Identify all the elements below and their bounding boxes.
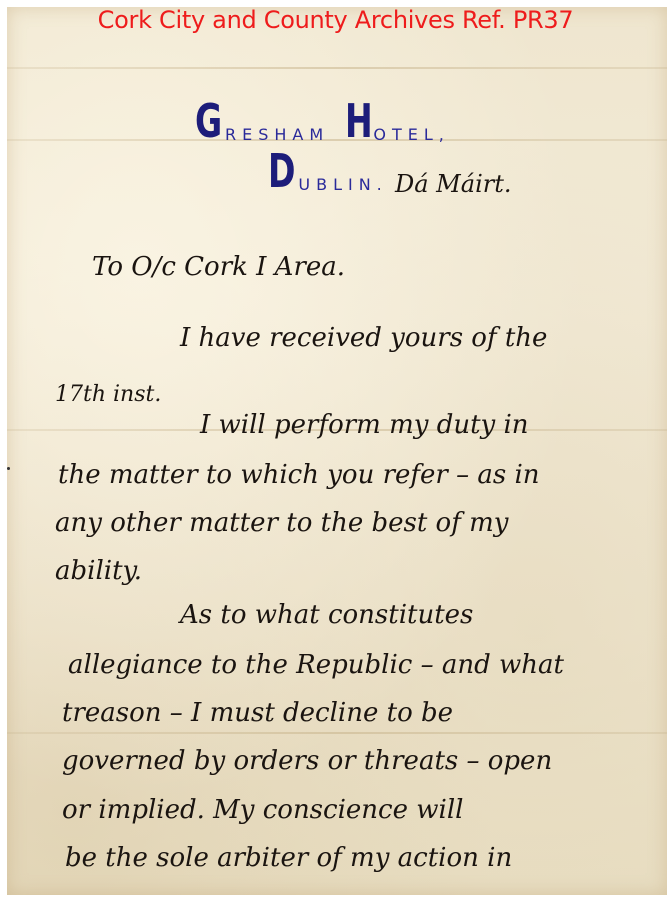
letter-line: be the sole arbiter of my action in [65, 843, 512, 873]
letterhead-hotel-name: GRESHAM HOTEL, [195, 98, 450, 144]
letter-line: or implied. My conscience will [62, 795, 463, 825]
letter-line: I will perform my duty in [200, 410, 529, 440]
letter-date: Dá Máirt. [395, 170, 511, 198]
letter-line: I have received yours of the [180, 323, 547, 353]
fold-crease [7, 732, 667, 734]
letter-line: treason – I must decline to be [62, 698, 453, 728]
letterhead-word-resham: RESHAM [225, 125, 329, 144]
letter-salutation: To O/c Cork I Area. [92, 252, 345, 282]
letterhead-word-ublin: UBLIN. [298, 175, 387, 194]
letterhead-initial-h: H [345, 98, 373, 144]
letterhead-initial-d: D [268, 148, 296, 194]
letter-line: ability. [55, 556, 142, 586]
archive-reference-watermark: Cork City and County Archives Ref. PR37 [0, 6, 671, 34]
letter-line: the matter to which you refer – as in [58, 460, 540, 490]
letter-line: any other matter to the best of my [55, 508, 508, 538]
letter-line: governed by orders or threats – open [62, 746, 552, 776]
letterhead-initial-g: G [195, 98, 222, 144]
fold-crease [7, 67, 667, 69]
letterhead-word-otel: OTEL, [373, 125, 449, 144]
letter-line: As to what constitutes [180, 600, 473, 630]
letterhead-city: DUBLIN. [268, 148, 388, 194]
letter-line: allegiance to the Republic – and what [68, 650, 564, 680]
letter-line: 17th inst. [55, 382, 161, 407]
ink-dot [7, 467, 10, 470]
